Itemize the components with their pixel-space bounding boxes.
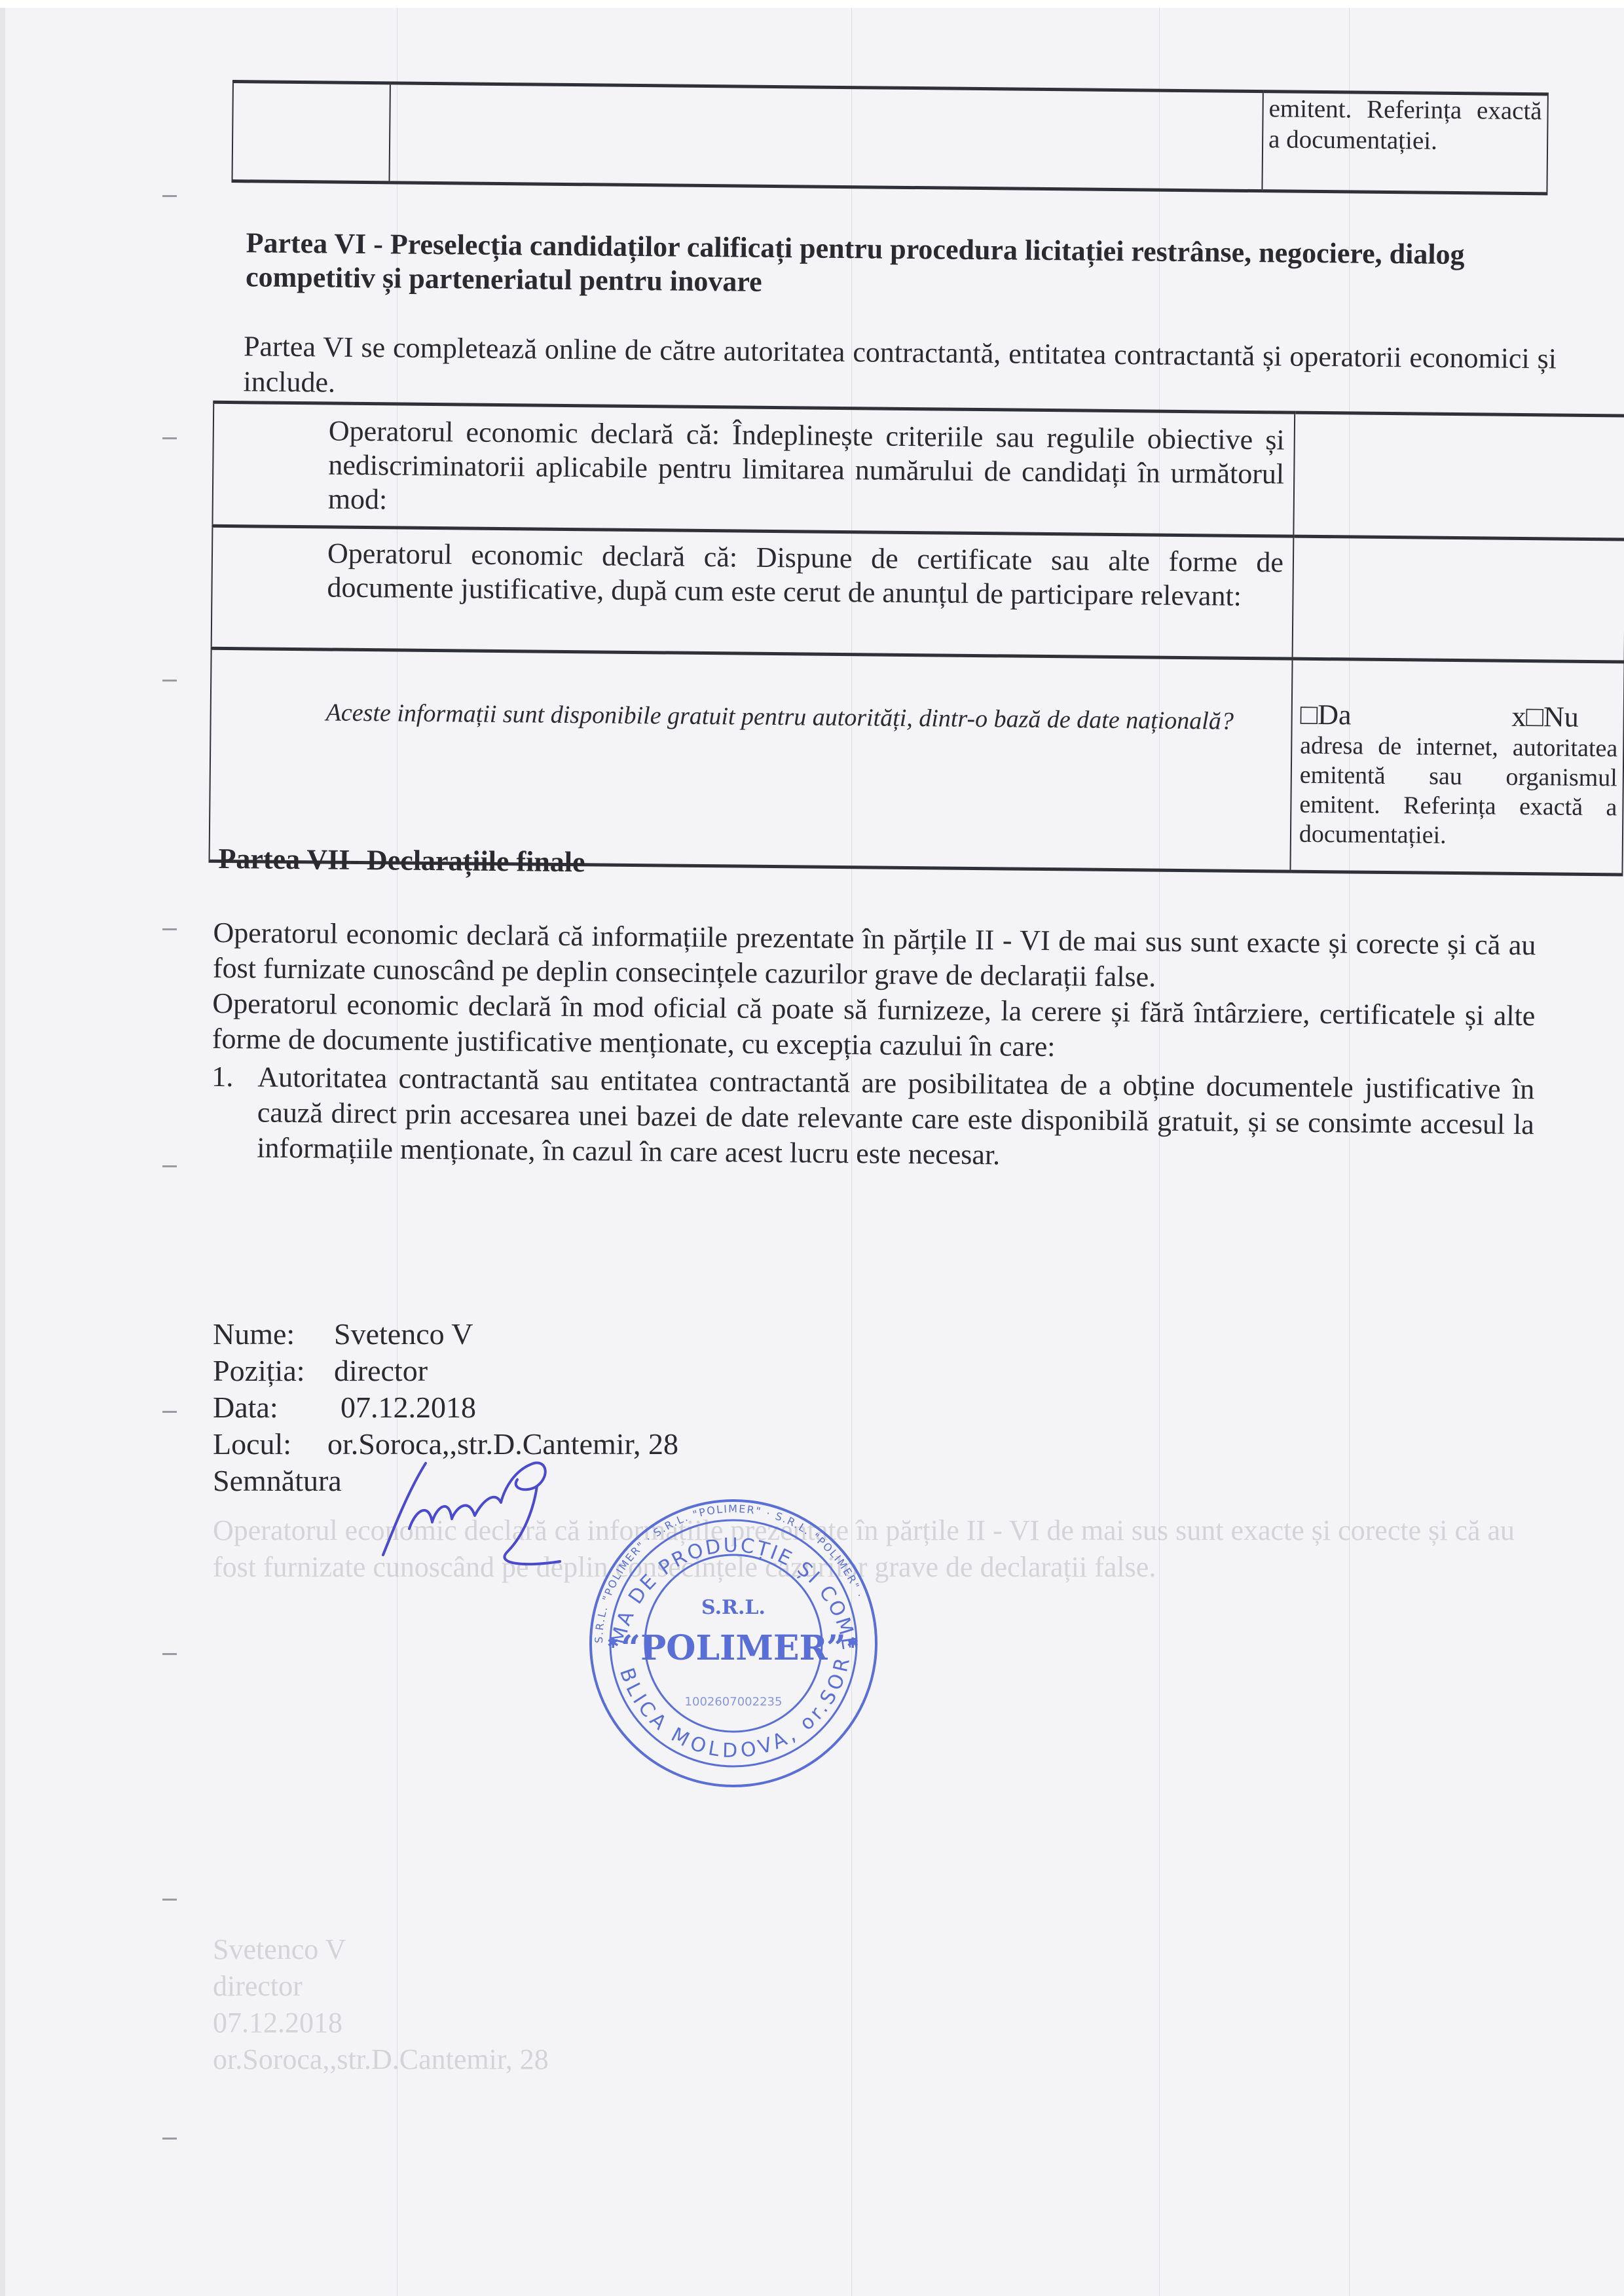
exception-list-item: 1. Autoritatea contractantă sau entitate… [211,1059,1534,1178]
question-text: Operatorul economic declară că: Dispune … [327,536,1283,613]
declaration-text-2: Operatorul economic declară în mod ofici… [212,986,1536,1069]
margin-mark [162,1653,177,1655]
answer-cell[interactable] [1293,412,1624,539]
answer-cell: □Da x□Nu adresa de internet, autoritatea… [1290,659,1624,875]
option-da-checkbox[interactable]: □Da [1300,699,1351,732]
date-value: 07.12.2018 [331,1389,476,1426]
list-number: 1. [211,1059,258,1166]
document-page: emitent. Referința exactă a documentație… [0,0,1624,1519]
part-vii-heading: Partea VII- Declarațiile finale [218,842,1004,884]
date-label: Data: [213,1389,331,1426]
answer-cell[interactable] [1292,536,1624,662]
part-vii-paragraph-2: Operatorul economic declară în mod ofici… [212,986,1536,1069]
question-text-italic: Aceste informații sunt disponibile gratu… [325,697,1271,737]
part-vii-paragraph-1: Operatorul economic declară că informați… [213,915,1536,998]
margin-mark [162,1899,177,1901]
question-cell: Operatorul economic declară că: Dispune … [212,526,1294,659]
name-row: Nume: Svetenco V [213,1316,678,1353]
stamp-company-name: “POLIMER” [621,1628,846,1668]
question-text: Operatorul economic declară că: Îndeplin… [328,414,1285,525]
question-cell: Aceste informații sunt disponibile gratu… [210,648,1293,871]
company-stamp: S.R.L. "POLIMER" · S.R.L. "POLIMER" · S.… [586,1496,881,1791]
bleed-through-signature-block: Svetenco V director 07.12.2018 or.Soroca… [213,1931,606,2078]
stamp-srl-text: S.R.L. [701,1596,766,1619]
handwritten-signature [370,1450,580,1575]
table-row: Operatorul economic declară că: Dispune … [212,526,1624,662]
part-vi-table: Operatorul economic declară că: Îndeplin… [209,401,1624,877]
position-value: director [334,1353,428,1389]
position-row: Poziția: director [213,1353,678,1389]
table-row: Operatorul economic declară că: Îndeplin… [212,402,1624,539]
part-vi-intro: Partea VI se completează online de către… [243,329,1557,412]
yes-no-options: □Da x□Nu [1300,699,1618,735]
table-cell-empty [390,83,1263,191]
table-cell-reference: emitent. Referința exactă a documentație… [1262,92,1547,194]
previous-part-table: emitent. Referința exactă a documentație… [231,80,1548,195]
name-label: Nume: [213,1316,334,1353]
bleed-through-place: or.Soroca,,str.D.Cantemir, 28 [213,2041,606,2078]
answer-note: adresa de internet, autoritatea emitentă… [1299,731,1618,852]
answer-text [1296,415,1624,418]
bleed-through-name: Svetenco V [213,1931,606,1968]
margin-mark [162,2138,177,2140]
stamp-star-icon: ✱ [847,1635,858,1651]
question-cell: Operatorul economic declară că: Îndeplin… [212,402,1295,536]
declaration-text-1: Operatorul economic declară că informați… [213,915,1536,998]
bleed-through-date: 07.12.2018 [213,2005,606,2041]
answer-text [1295,539,1624,542]
date-row: Data: 07.12.2018 [213,1389,678,1426]
place-label: Locul: [213,1426,327,1463]
table-cell-empty [232,82,390,183]
name-value: Svetenco V [334,1316,473,1353]
position-label: Poziția: [213,1353,334,1389]
stamp-star-icon: ✱ [607,1635,619,1651]
list-text: Autoritatea contractantă sau entitatea c… [257,1059,1534,1178]
option-nu-checkbox[interactable]: x□Nu [1511,701,1579,734]
reference-note: emitent. Referința exactă a documentație… [1268,93,1542,157]
stamp-code: 1002607002235 [685,1695,783,1709]
table-row: Aceste informații sunt disponibile gratu… [210,648,1624,875]
bleed-through-position: director [213,1968,606,2005]
signature-label: Semnătura [213,1463,342,1499]
part-vi-heading: Partea VI - Preselecția candidaților cal… [246,226,1556,306]
